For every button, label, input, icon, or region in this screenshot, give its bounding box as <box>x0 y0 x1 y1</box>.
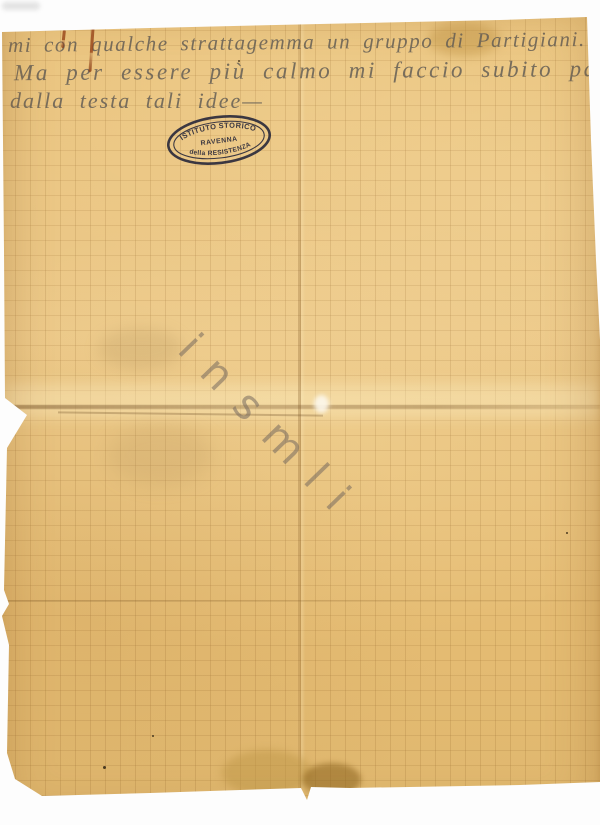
document-scan: mi con qualche strattagemma un gruppo di… <box>0 0 600 825</box>
scanner-smudge <box>2 2 40 10</box>
paper-edge-vignette <box>0 0 600 825</box>
aged-graph-paper-sheet: mi con qualche strattagemma un gruppo di… <box>0 0 600 825</box>
